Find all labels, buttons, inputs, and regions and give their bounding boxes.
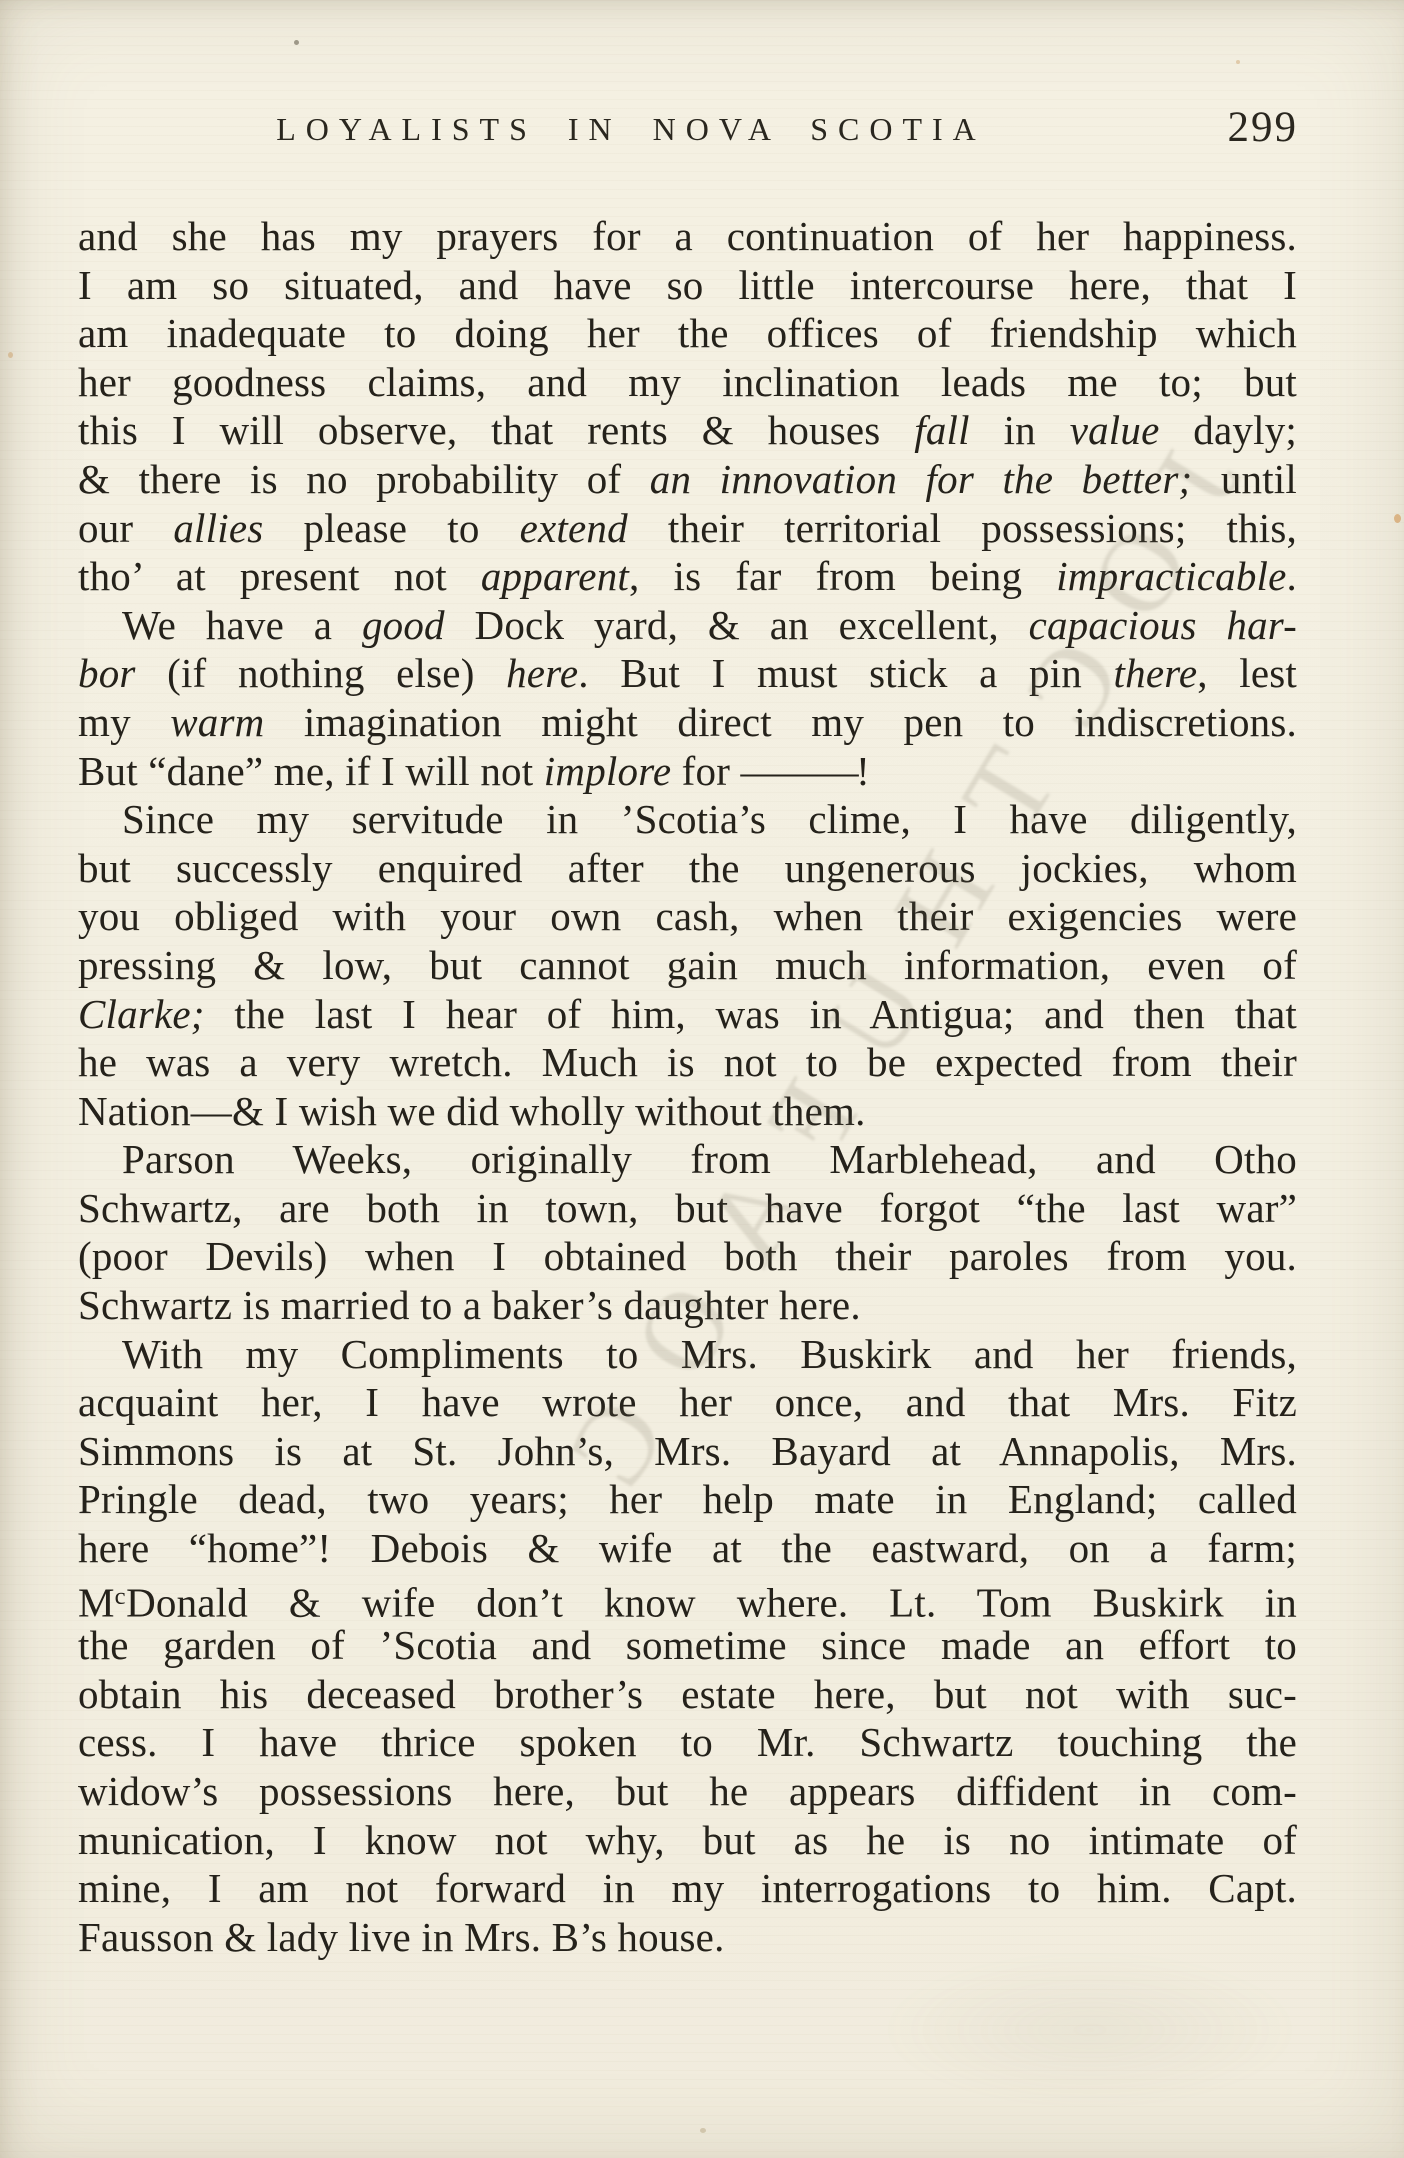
text-line: here “home”! Debois & wife at the eastwa… — [78, 1524, 1297, 1573]
text-line: and she has my prayers for a continuatio… — [78, 212, 1297, 261]
text-segment: pressing & low, but cannot gain much inf… — [78, 942, 1297, 988]
text-segment: & there is no probability of — [78, 456, 650, 502]
text-line: acquaint her, I have wrote her once, and… — [78, 1378, 1297, 1427]
running-header: LOYALISTS IN NOVA SCOTIA 299 — [78, 110, 1298, 156]
paper-speck — [1394, 514, 1401, 523]
text-line: this I will observe, that rents & houses… — [78, 406, 1297, 455]
text-segment: in — [970, 407, 1070, 453]
text-segment: you obliged with your own cash, when the… — [78, 893, 1297, 939]
text-segment: please to — [263, 505, 519, 551]
text-segment: Schwartz, are both in town, but have for… — [78, 1185, 1297, 1231]
paper-speck — [700, 2128, 706, 2133]
text-segment: their territorial possessions; this, — [628, 505, 1297, 551]
text-segment: widow’s possessions here, but he appears… — [78, 1768, 1297, 1814]
text-segment: here “home”! Debois & wife at the eastwa… — [78, 1525, 1297, 1571]
text-segment: . — [1287, 553, 1297, 599]
text-segment: this I will observe, that rents & houses — [78, 407, 914, 453]
text-segment: cess. I have thrice spoken to Mr. Schwar… — [78, 1719, 1297, 1765]
long-dash-segment: ——— — [741, 748, 857, 794]
text-line: & there is no probability of an innovati… — [78, 455, 1297, 504]
text-segment: With my Compliments to Mrs. Buskirk and … — [122, 1331, 1297, 1377]
page-number: 299 — [1228, 106, 1299, 149]
text-segment: munication, I know not why, but as he is… — [78, 1817, 1297, 1863]
text-segment: We have a — [122, 602, 362, 648]
running-header-title: LOYALISTS IN NOVA SCOTIA — [276, 113, 986, 145]
italic-text-segment: Clarke; — [78, 991, 205, 1037]
text-line: Since my servitude in ’Scotia’s clime, I… — [78, 795, 1297, 844]
text-segment: mine, I am not forward in my interrogati… — [78, 1865, 1297, 1911]
text-line: (poor Devils) when I obtained both their… — [78, 1232, 1297, 1281]
italic-text-segment: apparent — [481, 553, 629, 599]
text-segment: Fausson & lady live in Mrs. B’s house. — [78, 1914, 725, 1960]
text-segment: dayly; — [1159, 407, 1297, 453]
text-segment: (poor Devils) when I obtained both their… — [78, 1233, 1297, 1279]
text-line: our allies please to extend their territ… — [78, 504, 1297, 553]
text-segment: but successly enquired after the ungener… — [78, 845, 1297, 891]
superscript-text-segment: c — [115, 1583, 126, 1610]
italic-text-segment: warm — [170, 699, 264, 745]
italic-text-segment: implore — [544, 748, 671, 794]
text-segment: our — [78, 505, 173, 551]
text-line: bor (if nothing else) here. But I must s… — [78, 649, 1297, 698]
paper-speck — [294, 40, 299, 45]
italic-text-segment: here — [506, 650, 578, 696]
paper-speck — [8, 352, 13, 358]
text-segment: tho’ at present not — [78, 553, 481, 599]
italic-text-segment: capacious har- — [1029, 602, 1297, 648]
italic-text-segment: good — [362, 602, 445, 648]
text-line: munication, I know not why, but as he is… — [78, 1816, 1297, 1865]
text-segment: for — [671, 748, 740, 794]
text-segment: am inadequate to doing her the offices o… — [78, 310, 1297, 356]
text-segment: and she has my prayers for a continuatio… — [78, 213, 1297, 259]
text-segment: he was a very wretch. Much is not to be … — [78, 1039, 1297, 1085]
text-line: Schwartz is married to a baker’s daughte… — [78, 1281, 1297, 1330]
text-line: Clarke; the last I hear of him, was in A… — [78, 990, 1297, 1039]
italic-text-segment: allies — [173, 505, 263, 551]
text-segment: Parson Weeks, originally from Marblehead… — [122, 1136, 1297, 1182]
text-line: my warm imagination might direct my pen … — [78, 698, 1297, 747]
text-line: but successly enquired after the ungener… — [78, 844, 1297, 893]
text-segment: Nation—& I wish we did wholly without th… — [78, 1088, 866, 1134]
text-line: Simmons is at St. John’s, Mrs. Bayard at… — [78, 1427, 1297, 1476]
text-line: I am so situated, and have so little int… — [78, 261, 1297, 310]
text-segment: my — [78, 699, 170, 745]
text-segment: acquaint her, I have wrote her once, and… — [78, 1379, 1297, 1425]
text-segment: imagination might direct my pen to indis… — [264, 699, 1297, 745]
text-line: cess. I have thrice spoken to Mr. Schwar… — [78, 1718, 1297, 1767]
text-segment: , lest — [1197, 650, 1297, 696]
italic-text-segment: extend — [520, 505, 628, 551]
italic-text-segment: an innovation for the better; — [650, 456, 1193, 502]
text-segment: But “dane” me, if I will not — [78, 748, 544, 794]
italic-text-segment: value — [1070, 407, 1160, 453]
text-line: We have a good Dock yard, & an excellent… — [78, 601, 1297, 650]
text-line: tho’ at present not apparent, is far fro… — [78, 552, 1297, 601]
text-segment: I am so situated, and have so little int… — [78, 262, 1297, 308]
book-page: LOYALISTS IN NOVA SCOTIA 299 and she has… — [0, 0, 1404, 2158]
text-segment: Donald & wife don’t know where. Lt. Tom … — [126, 1579, 1297, 1625]
text-segment: M — [78, 1579, 115, 1625]
text-segment: Schwartz is married to a baker’s daughte… — [78, 1282, 861, 1328]
text-segment: Since my servitude in ’Scotia’s clime, I… — [122, 796, 1297, 842]
text-line: Schwartz, are both in town, but have for… — [78, 1184, 1297, 1233]
text-line: he was a very wretch. Much is not to be … — [78, 1038, 1297, 1087]
italic-text-segment: fall — [914, 407, 969, 453]
text-segment: obtain his deceased brother’s estate her… — [78, 1671, 1297, 1717]
italic-text-segment: impracticable — [1056, 553, 1286, 599]
text-segment: her goodness claims, and my inclination … — [78, 359, 1297, 405]
text-line: you obliged with your own cash, when the… — [78, 892, 1297, 941]
paper-smudge — [880, 1950, 1300, 2110]
text-line: her goodness claims, and my inclination … — [78, 358, 1297, 407]
text-segment: until — [1192, 456, 1297, 502]
italic-text-segment: there — [1114, 650, 1198, 696]
text-line: Parson Weeks, originally from Marblehead… — [78, 1135, 1297, 1184]
text-segment: the last I hear of him, was in Antigua; … — [205, 991, 1297, 1037]
text-segment: Dock yard, & an excellent, — [445, 602, 1029, 648]
text-line: widow’s possessions here, but he appears… — [78, 1767, 1297, 1816]
text-line: am inadequate to doing her the offices o… — [78, 309, 1297, 358]
text-line: mine, I am not forward in my interrogati… — [78, 1864, 1297, 1913]
text-line: pressing & low, but cannot gain much inf… — [78, 941, 1297, 990]
paper-speck — [1236, 60, 1240, 64]
text-segment: the garden of ’Scotia and sometime since… — [78, 1622, 1297, 1668]
italic-text-segment: bor — [78, 650, 136, 696]
text-line: the garden of ’Scotia and sometime since… — [78, 1621, 1297, 1670]
text-line: McDonald & wife don’t know where. Lt. To… — [78, 1573, 1297, 1622]
text-line: Pringle dead, two years; her help mate i… — [78, 1475, 1297, 1524]
text-line: obtain his deceased brother’s estate her… — [78, 1670, 1297, 1719]
text-segment: ! — [856, 748, 870, 794]
text-segment: , is far from being — [629, 553, 1056, 599]
text-segment: Simmons is at St. John’s, Mrs. Bayard at… — [78, 1428, 1297, 1474]
text-line: With my Compliments to Mrs. Buskirk and … — [78, 1330, 1297, 1379]
letter-text-body: and she has my prayers for a continuatio… — [78, 212, 1297, 1961]
text-segment: . But I must stick a pin — [578, 650, 1113, 696]
text-line: Nation—& I wish we did wholly without th… — [78, 1087, 1297, 1136]
text-line: But “dane” me, if I will not implore for… — [78, 747, 1297, 796]
text-segment: Pringle dead, two years; her help mate i… — [78, 1476, 1297, 1522]
text-segment: (if nothing else) — [136, 650, 507, 696]
